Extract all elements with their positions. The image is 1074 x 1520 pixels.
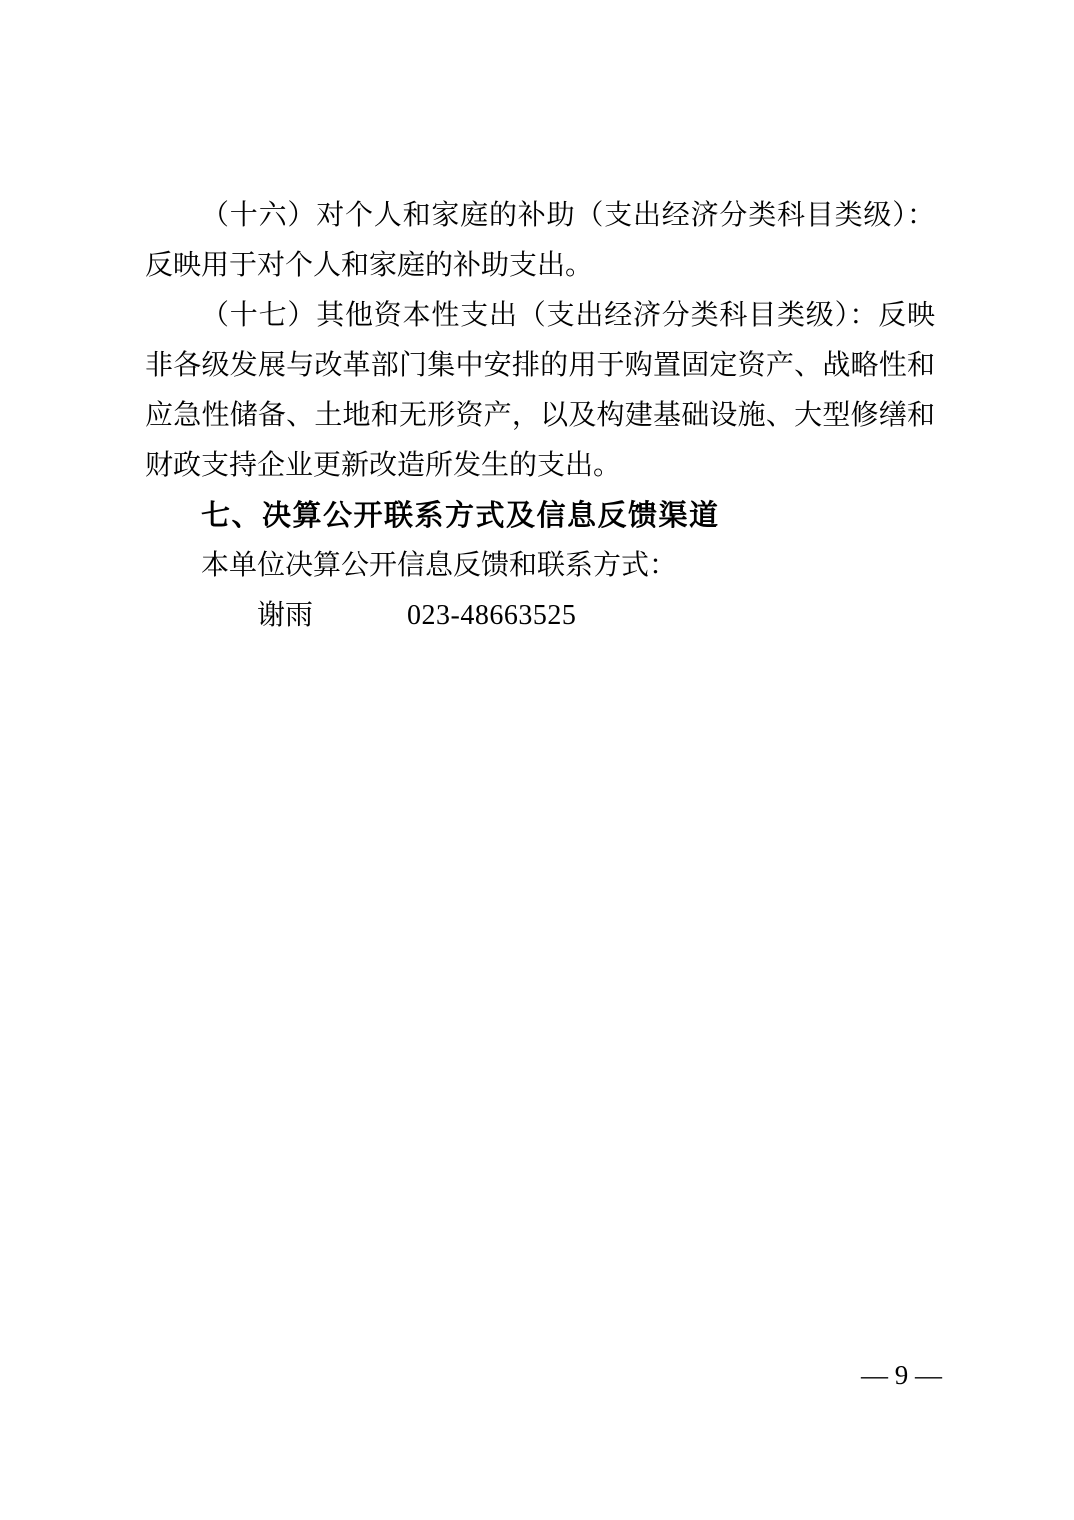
- paragraph-17-line-2: 非各级发展与改革部门集中安排的用于购置固定资产、战略性和: [145, 341, 935, 391]
- contact-intro-line: 本单位决算公开信息反馈和联系方式：: [145, 541, 935, 591]
- document-page: （十六）对个人和家庭的补助（支出经济分类科目类级）： 反映用于对个人和家庭的补助…: [0, 0, 1074, 1520]
- page-number: — 9 —: [861, 1358, 942, 1392]
- paragraph-17-line-1: （十七）其他资本性支出（支出经济分类科目类级）：反映: [145, 291, 935, 341]
- contact-phone: 023-48663525: [351, 591, 576, 641]
- paragraph-17-line-3: 应急性储备、土地和无形资产，以及构建基础设施、大型修缮和: [145, 391, 935, 441]
- contact-name: 谢雨: [201, 591, 313, 641]
- paragraph-16-line-2: 反映用于对个人和家庭的补助支出。: [145, 241, 935, 291]
- contact-line: 谢雨023-48663525: [145, 591, 935, 641]
- document-body: （十六）对个人和家庭的补助（支出经济分类科目类级）： 反映用于对个人和家庭的补助…: [145, 191, 935, 641]
- section-7-heading: 七、决算公开联系方式及信息反馈渠道: [145, 491, 935, 541]
- paragraph-17-line-4: 财政支持企业更新改造所发生的支出。: [145, 441, 935, 491]
- paragraph-16-line-1: （十六）对个人和家庭的补助（支出经济分类科目类级）：: [145, 191, 935, 241]
